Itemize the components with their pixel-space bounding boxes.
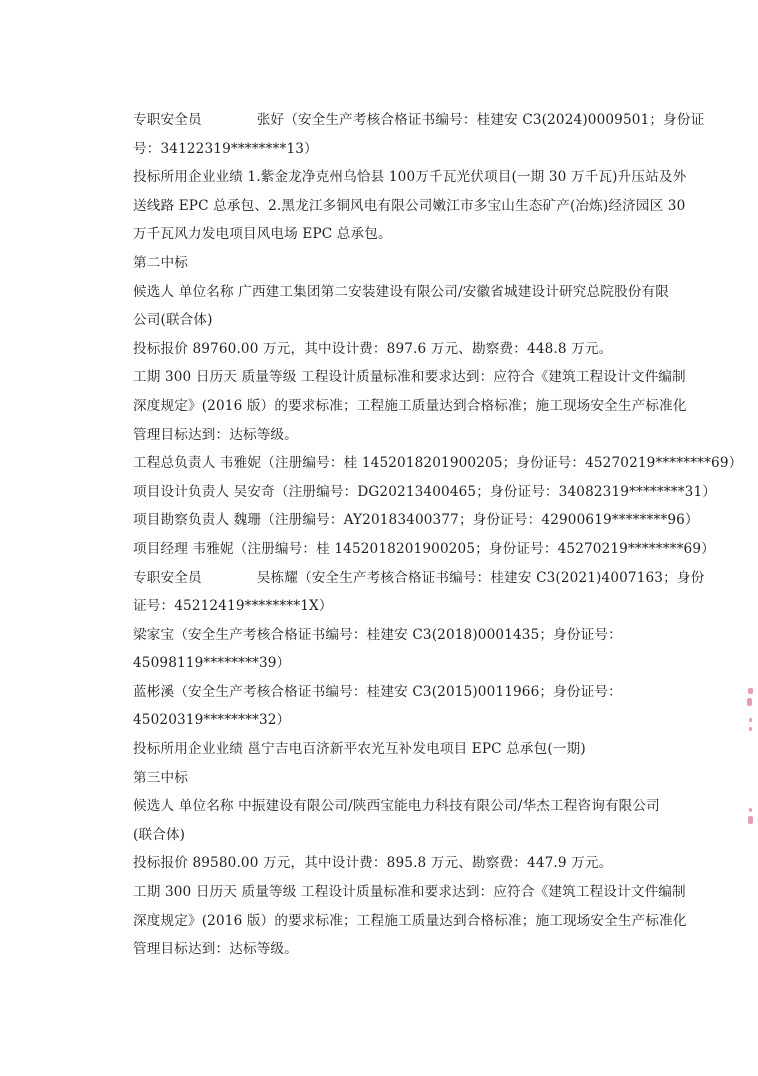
document-line: 深度规定》(2016 版）的要求标准；工程施工质量达到合格标准；施工现场安全生产… [133, 392, 639, 421]
seal-mark-fragment [747, 698, 752, 706]
document-line: 候选人 单位名称 广西建工集团第二安装建设有限公司/安徽省城建设计研究总院股份有… [133, 278, 639, 307]
seal-mark-fragment [748, 816, 753, 824]
line-text: 万千瓦风力发电项目风电场 EPC 总承包。 [133, 226, 392, 242]
line-text: 工期 300 日历天 质量等级 工程设计质量标准和要求达到：应符合《建筑工程设计… [133, 884, 686, 900]
document-line: 第三中标 [133, 764, 639, 793]
line-text: 送线路 EPC 总承包、2.黑龙江多铜风电有限公司嫩江市多宝山生态矿产(冶炼)经… [133, 198, 685, 214]
line-text: 管理目标达到：达标等级。 [133, 427, 298, 443]
line-text: 候选人 单位名称 广西建工集团第二安装建设有限公司/安徽省城建设计研究总院股份有… [133, 284, 669, 300]
seal-mark-fragment [749, 727, 752, 731]
line-text: 项目勘察负责人 魏珊（注册编号：AY20183400377；身份证号：42900… [133, 512, 699, 528]
document-page: 专职安全员张好（安全生产考核合格证书编号：桂建安 C3(2024)0009501… [133, 106, 639, 964]
seal-mark-fragment [749, 808, 752, 812]
document-line: 第二中标 [133, 249, 639, 278]
document-line: 45098119********39） [133, 649, 639, 678]
document-line: 投标所用企业业绩 邕宁吉电百济新平农光互补发电项目 EPC 总承包(一期) [133, 735, 639, 764]
field-label: 专职安全员 [133, 570, 202, 586]
document-line: 公司(联合体) [133, 306, 639, 335]
document-line: 梁家宝（安全生产考核合格证书编号：桂建安 C3(2018)0001435；身份证… [133, 621, 639, 650]
line-text: 公司(联合体) [133, 312, 213, 328]
line-text: (联合体) [133, 827, 185, 843]
document-line: 工期 300 日历天 质量等级 工程设计质量标准和要求达到：应符合《建筑工程设计… [133, 878, 639, 907]
document-line: 管理目标达到：达标等级。 [133, 935, 639, 964]
line-text: 投标报价 89580.00 万元，其中设计费：895.8 万元、勘察费：447.… [133, 855, 612, 871]
document-line: 深度规定》(2016 版）的要求标准；工程施工质量达到合格标准；施工现场安全生产… [133, 907, 639, 936]
line-text: 项目设计负责人 吴安奇（注册编号：DG20213400465；身份证号：3408… [133, 484, 716, 500]
line-text: 梁家宝（安全生产考核合格证书编号：桂建安 C3(2018)0001435；身份证… [133, 627, 622, 643]
document-line: 45020319********32） [133, 706, 639, 735]
document-line: 专职安全员张好（安全生产考核合格证书编号：桂建安 C3(2024)0009501… [133, 106, 639, 135]
line-text: 蓝彬溪（安全生产考核合格证书编号：桂建安 C3(2015)0011966；身份证… [133, 684, 622, 700]
line-text: 证号：45212419********1X） [133, 598, 333, 614]
line-text: 候选人 单位名称 中振建设有限公司/陕西宝能电力科技有限公司/华杰工程咨询有限公… [133, 798, 660, 814]
document-line: 项目勘察负责人 魏珊（注册编号：AY20183400377；身份证号：42900… [133, 506, 639, 535]
document-line: 投标报价 89760.00 万元，其中设计费：897.6 万元、勘察费：448.… [133, 335, 639, 364]
document-line: 项目经理 韦雅妮（注册编号：桂 1452018201900205；身份证号：45… [133, 535, 639, 564]
line-text: 投标所用企业业绩 1.紫金龙净克州乌恰县 100万千瓦光伏项目(一期 30 万千… [133, 169, 686, 185]
document-line: 证号：45212419********1X） [133, 592, 639, 621]
document-line: 管理目标达到：达标等级。 [133, 421, 639, 450]
seal-mark-fragment [748, 688, 753, 694]
line-text: 45020319********32） [133, 712, 290, 728]
document-line: (联合体) [133, 821, 639, 850]
document-line: 蓝彬溪（安全生产考核合格证书编号：桂建安 C3(2015)0011966；身份证… [133, 678, 639, 707]
document-line: 候选人 单位名称 中振建设有限公司/陕西宝能电力科技有限公司/华杰工程咨询有限公… [133, 792, 639, 821]
document-line: 工期 300 日历天 质量等级 工程设计质量标准和要求达到：应符合《建筑工程设计… [133, 363, 639, 392]
line-text: 管理目标达到：达标等级。 [133, 941, 298, 957]
document-line: 项目设计负责人 吴安奇（注册编号：DG20213400465；身份证号：3408… [133, 478, 639, 507]
line-text: 深度规定》(2016 版）的要求标准；工程施工质量达到合格标准；施工现场安全生产… [133, 913, 687, 929]
line-text: 吴栋耀（安全生产考核合格证书编号：桂建安 C3(2021)4007163；身份 [257, 570, 705, 586]
field-label: 专职安全员 [133, 112, 202, 128]
document-line: 投标报价 89580.00 万元，其中设计费：895.8 万元、勘察费：447.… [133, 849, 639, 878]
line-text: 项目经理 韦雅妮（注册编号：桂 1452018201900205；身份证号：45… [133, 541, 715, 557]
line-text: 第二中标 [133, 255, 188, 271]
document-line: 工程总负责人 韦雅妮（注册编号：桂 1452018201900205；身份证号：… [133, 449, 639, 478]
document-line: 专职安全员吴栋耀（安全生产考核合格证书编号：桂建安 C3(2021)400716… [133, 564, 639, 593]
line-text: 深度规定》(2016 版）的要求标准；工程施工质量达到合格标准；施工现场安全生产… [133, 398, 687, 414]
line-text: 号：34122319********13） [133, 141, 318, 157]
document-line: 号：34122319********13） [133, 135, 639, 164]
line-text: 张好（安全生产考核合格证书编号：桂建安 C3(2024)0009501；身份证 [257, 112, 705, 128]
line-text: 工期 300 日历天 质量等级 工程设计质量标准和要求达到：应符合《建筑工程设计… [133, 369, 686, 385]
document-line: 投标所用企业业绩 1.紫金龙净克州乌恰县 100万千瓦光伏项目(一期 30 万千… [133, 163, 639, 192]
line-text: 投标报价 89760.00 万元，其中设计费：897.6 万元、勘察费：448.… [133, 341, 612, 357]
document-line: 送线路 EPC 总承包、2.黑龙江多铜风电有限公司嫩江市多宝山生态矿产(冶炼)经… [133, 192, 639, 221]
line-text: 投标所用企业业绩 邕宁吉电百济新平农光互补发电项目 EPC 总承包(一期) [133, 741, 586, 757]
line-text: 工程总负责人 韦雅妮（注册编号：桂 1452018201900205；身份证号：… [133, 455, 742, 471]
seal-mark-fragment [749, 718, 752, 722]
document-line: 万千瓦风力发电项目风电场 EPC 总承包。 [133, 220, 639, 249]
line-text: 第三中标 [133, 770, 188, 786]
line-text: 45098119********39） [133, 655, 290, 671]
